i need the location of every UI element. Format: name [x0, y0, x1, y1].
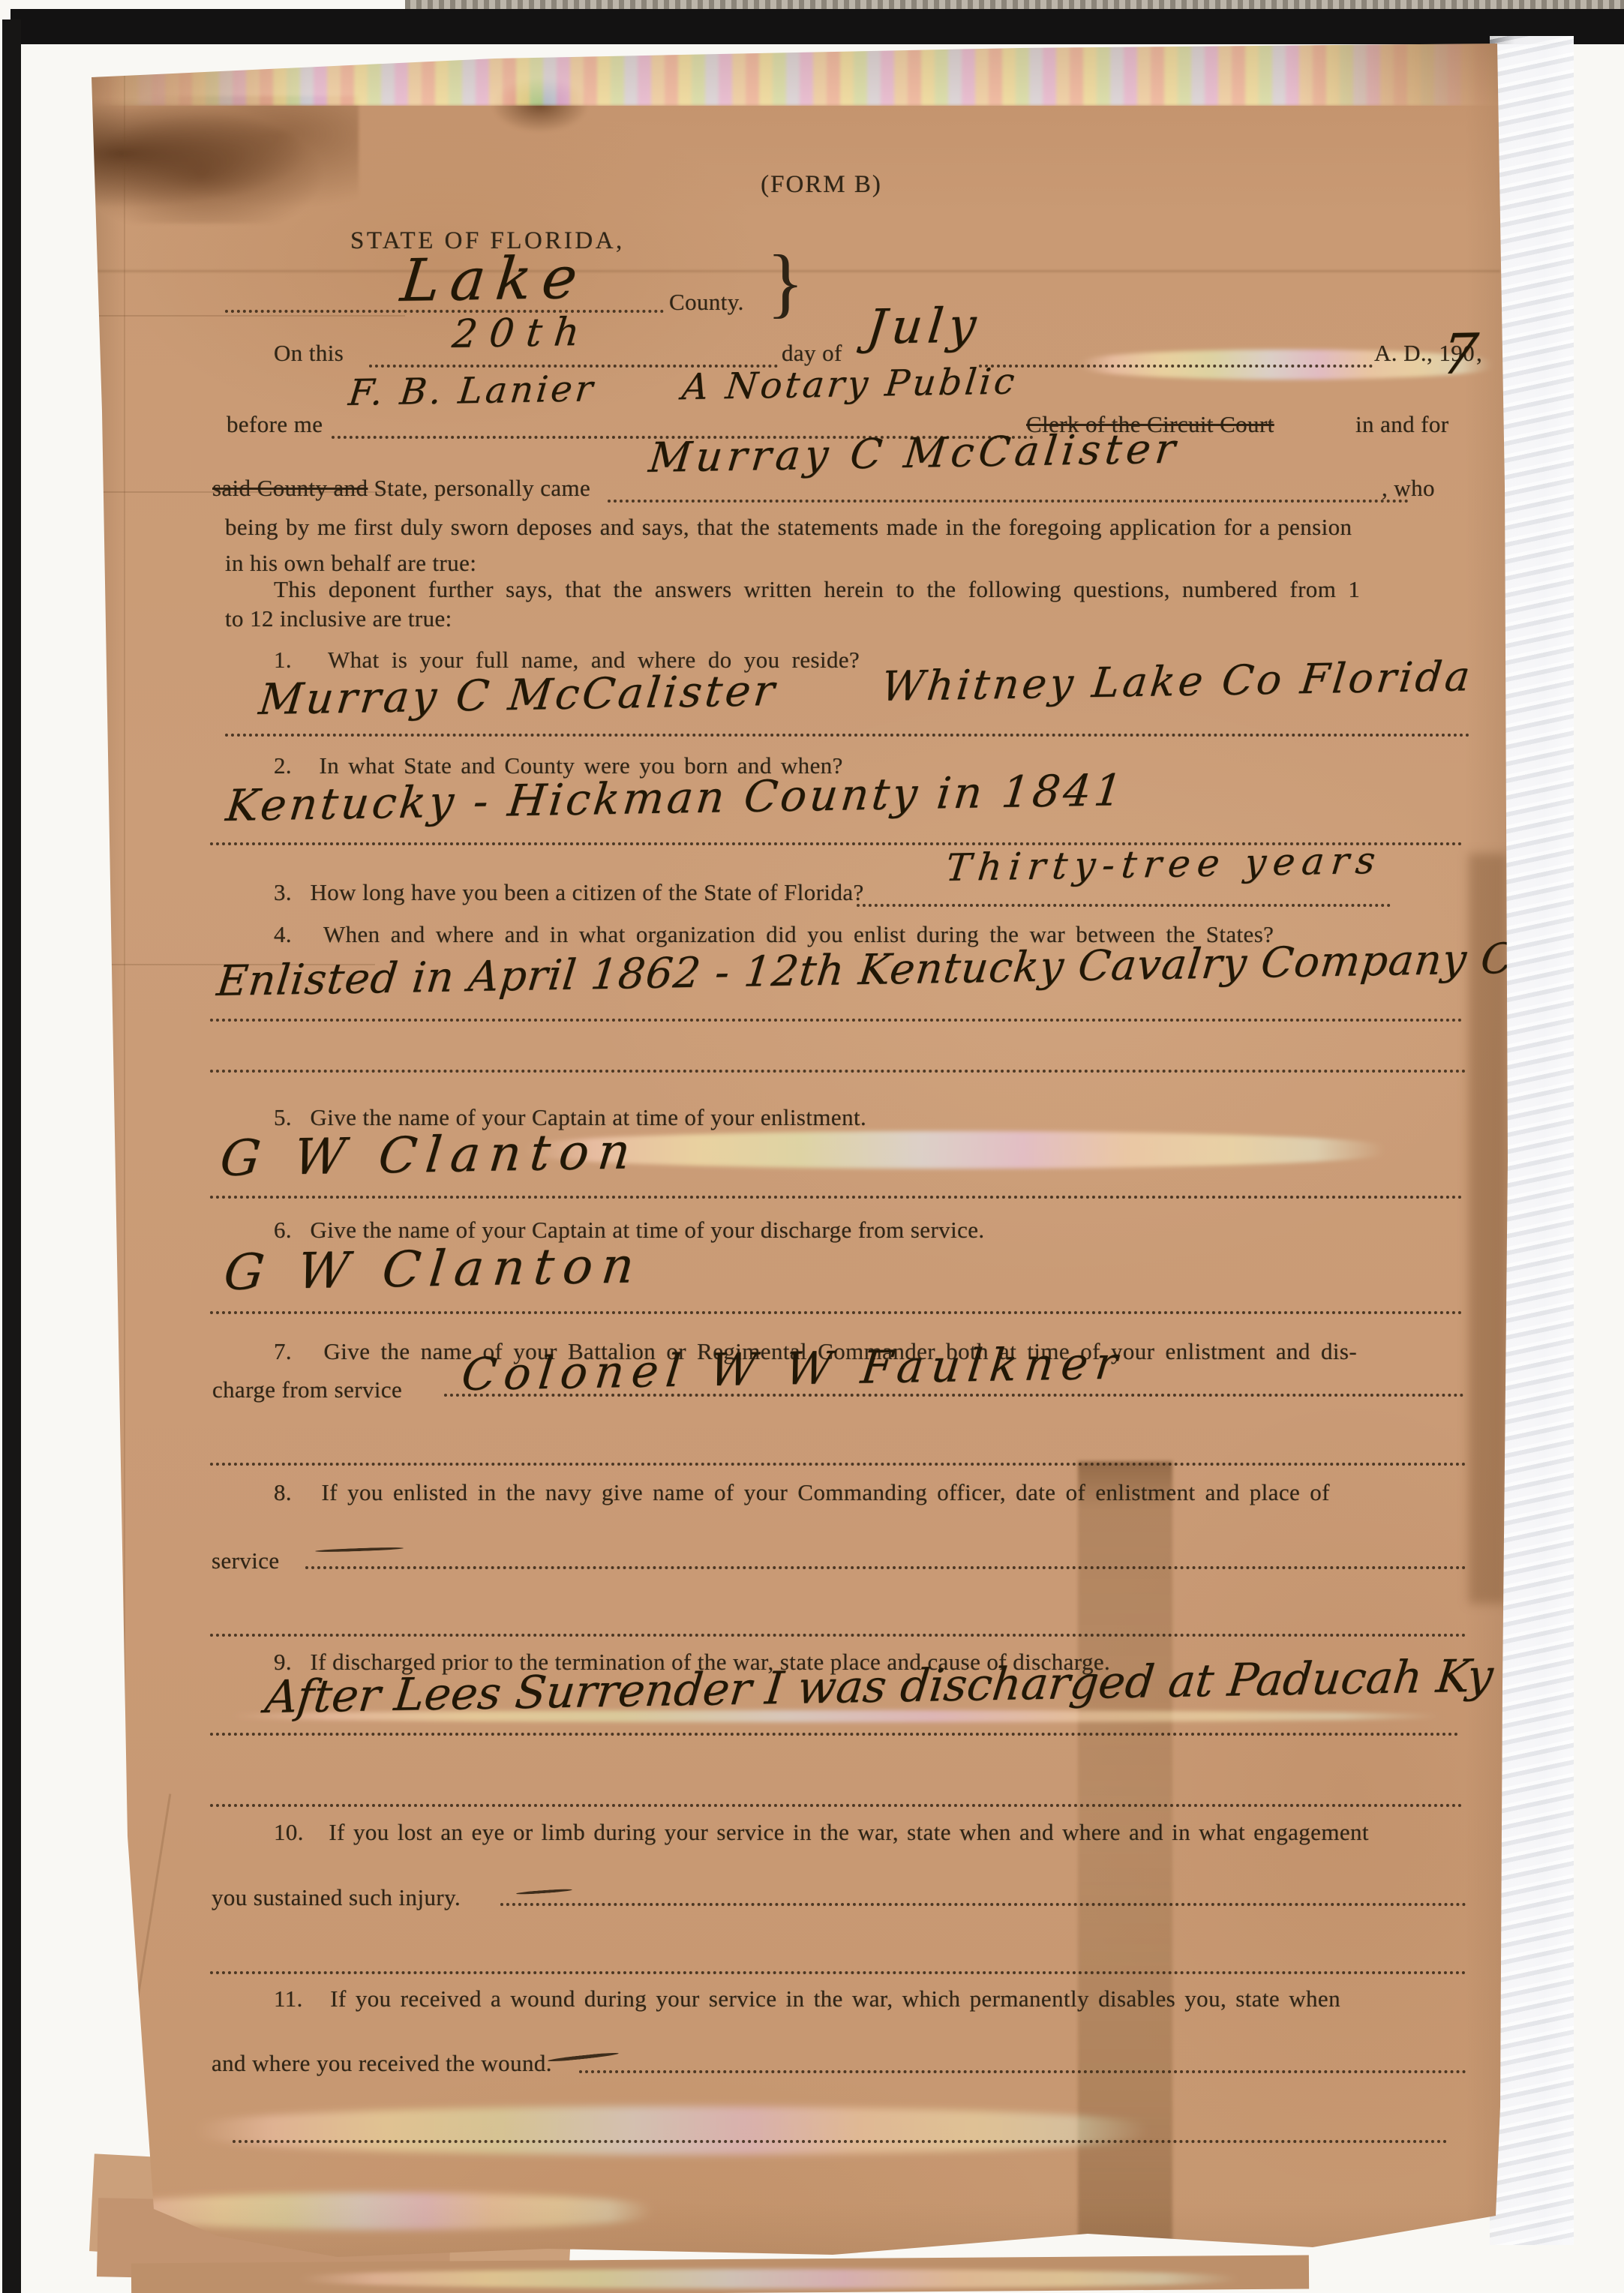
county-label: County. — [669, 289, 744, 316]
before-me-label: before me — [227, 411, 323, 438]
dotted-line — [210, 1804, 1463, 1807]
fold-crease — [124, 36, 125, 2211]
dotted-line — [210, 1070, 1466, 1073]
dotted-line — [233, 2140, 1448, 2143]
dotted-line — [579, 2070, 1466, 2073]
dotted-line — [444, 1394, 1464, 1397]
dotted-line — [305, 1566, 1466, 1569]
sworn-paragraph-line: being by me first duly sworn deposes and… — [225, 514, 1352, 541]
answer-1-residence: Whitney Lake Co Florida — [879, 652, 1475, 710]
question-8-label-line1: 8. If you enlisted in the navy give name… — [274, 1479, 1330, 1506]
question-7-label-line2: charge from service — [212, 1376, 402, 1403]
question-11-label-line1: 11. If you received a wound during your … — [274, 1985, 1340, 2012]
dotted-line — [210, 1019, 1463, 1022]
dotted-line — [210, 1634, 1466, 1637]
in-and-for-label: in and for — [1355, 411, 1449, 438]
who-label: , who — [1382, 475, 1435, 502]
question-8-label-line2: service — [212, 1547, 280, 1574]
iridescent-glint — [195, 2106, 1148, 2155]
dotted-line — [500, 1903, 1466, 1906]
ink-stain — [89, 96, 359, 224]
dotted-line — [210, 1463, 1466, 1466]
month-handwritten-value: July — [864, 298, 984, 356]
tape-stain — [1078, 1461, 1172, 2257]
dotted-line — [225, 310, 664, 313]
behalf-line: in his own behalf are true: — [225, 550, 476, 577]
dotted-line — [979, 365, 1373, 368]
deponent-handwritten-value: Murray C McCalister — [647, 425, 1182, 482]
answer-1-name: Murray C McCalister — [257, 666, 779, 725]
brace-glyph: } — [767, 250, 804, 316]
personally-came-line: said County and State, personally came — [212, 475, 590, 502]
iridescent-glint — [98, 42, 1500, 106]
further-says-line2: to 12 inclusive are true: — [225, 605, 452, 632]
pen-mark — [548, 2051, 619, 2063]
form-label: (FORM B) — [728, 171, 915, 199]
iridescent-glint — [525, 1131, 1384, 1169]
answer-5: G W Clanton — [218, 1122, 642, 1187]
ad-comma: , — [1476, 340, 1482, 367]
further-says-line1: This deponent further says, that the ans… — [274, 576, 1360, 603]
answer-3: Thirty-tree years — [944, 839, 1384, 890]
dotted-line — [857, 904, 1391, 907]
question-3-label: 3. How long have you been a citizen of t… — [274, 879, 864, 906]
notary-handwritten-value: F. B. Lanier A Notary Public — [347, 360, 1019, 414]
year-handwritten-value: 7 — [1439, 322, 1481, 387]
dotted-line — [225, 734, 1470, 737]
dotted-line — [210, 1311, 1463, 1314]
scan-left-black-band — [2, 20, 21, 2293]
question-10-label-line1: 10. If you lost an eye or limb during yo… — [274, 1819, 1369, 1846]
ink-stain — [488, 75, 593, 135]
dotted-line — [210, 1196, 1463, 1199]
scanned-document: (FORM B) STATE OF FLORIDA, Lake County. … — [0, 0, 1624, 2293]
iridescent-glint — [113, 2192, 653, 2230]
scan-top-black-band — [11, 9, 1624, 44]
day-handwritten-value: 20th — [450, 310, 593, 357]
answer-6: G W Clanton — [221, 1236, 646, 1301]
state-personally-label: State, personally came — [368, 475, 591, 501]
pen-mark — [516, 1888, 572, 1895]
dotted-line — [210, 1971, 1466, 1974]
day-of-label: day of — [782, 340, 842, 367]
fold-crease — [83, 315, 405, 317]
on-this-label: On this — [274, 340, 344, 367]
form-page: (FORM B) STATE OF FLORIDA, Lake County. … — [83, 36, 1523, 2293]
county-handwritten-value: Lake — [398, 245, 591, 315]
question-10-label-line2: you sustained such injury. — [212, 1884, 467, 1911]
pen-mark — [315, 1547, 404, 1553]
said-county-struck-text: said County and — [212, 475, 368, 501]
answer-7: Colonel W W Faulkner — [459, 1337, 1127, 1401]
dotted-line — [608, 500, 1409, 503]
question-11-label-line2: and where you received the wound. — [212, 2050, 552, 2077]
dotted-line — [210, 1733, 1459, 1736]
